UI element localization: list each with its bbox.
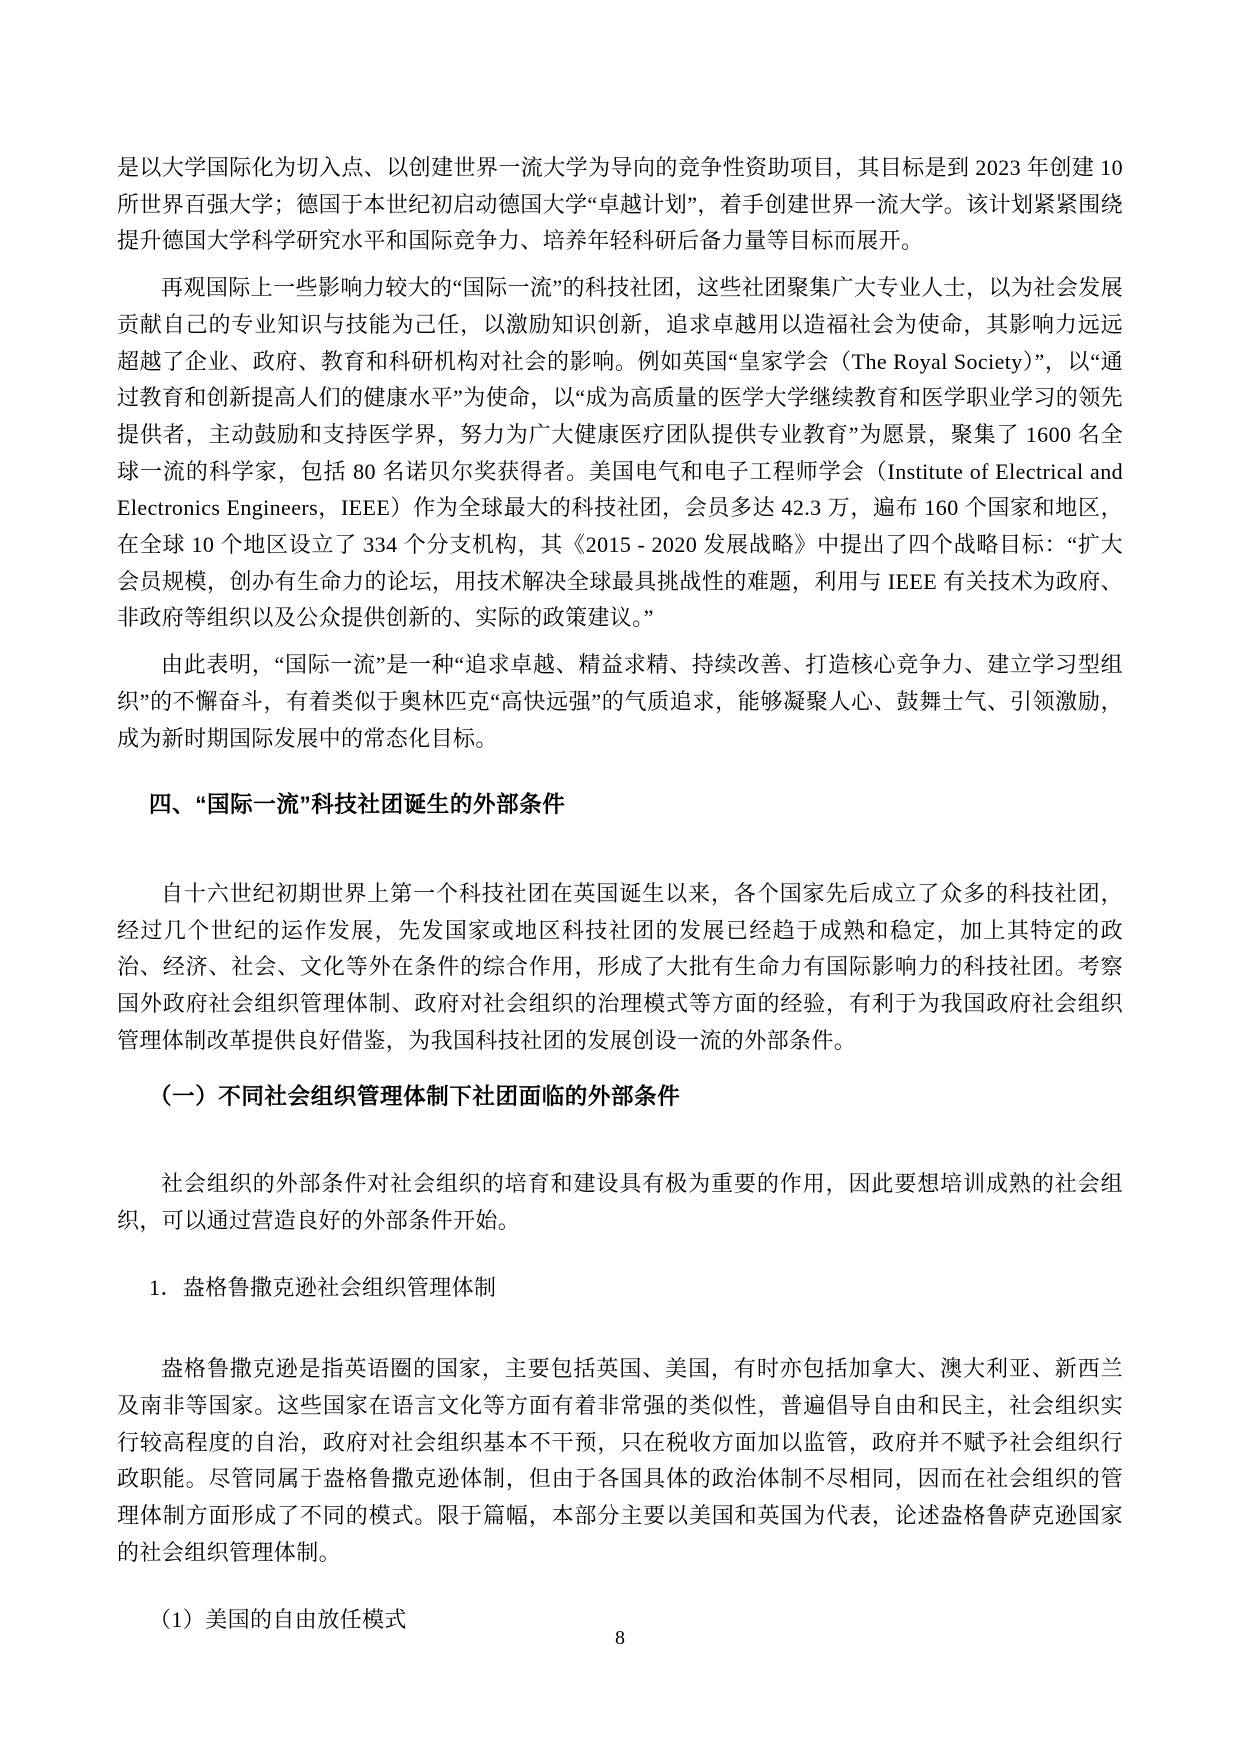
page-number: 8: [0, 1626, 1240, 1650]
section-heading-external-conditions: 四、“国际一流”科技社团诞生的外部条件: [149, 787, 1123, 824]
numbered-heading-anglo-saxon-system: 1．盎格鲁撒克逊社会组织管理体制: [149, 1270, 1123, 1307]
paragraph-external-conditions-importance: 社会组织的外部条件对社会组织的培育和建设具有极为重要的作用，因此要想培训成熟的社…: [117, 1166, 1123, 1239]
paragraph-international-societies: 再观国际上一些影响力较大的“国际一流”的科技社团，这些社团聚集广大专业人士，以为…: [117, 270, 1123, 637]
paragraph-anglo-saxon-countries: 盎格鲁撒克逊是指英语圈的国家，主要包括英国、美国，有时亦包括加拿大、澳大利亚、新…: [117, 1351, 1123, 1571]
paragraph-continuation: 是以大学国际化为切入点、以创建世界一流大学为导向的竞争性资助项目，其目标是到 2…: [117, 150, 1123, 260]
subsection-heading-management-systems: （一）不同社会组织管理体制下社团面临的外部条件: [149, 1079, 1123, 1116]
paragraph-conclusion-international-first-class: 由此表明，“国际一流”是一种“追求卓越、精益求精、持续改善、打造核心竞争力、建立…: [117, 647, 1123, 757]
paragraph-history-of-societies: 自十六世纪初期世界上第一个科技社团在英国诞生以来，各个国家先后成立了众多的科技社…: [117, 876, 1123, 1060]
document-page: 是以大学国际化为切入点、以创建世界一流大学为导向的竞争性资助项目，其目标是到 2…: [0, 0, 1240, 1753]
